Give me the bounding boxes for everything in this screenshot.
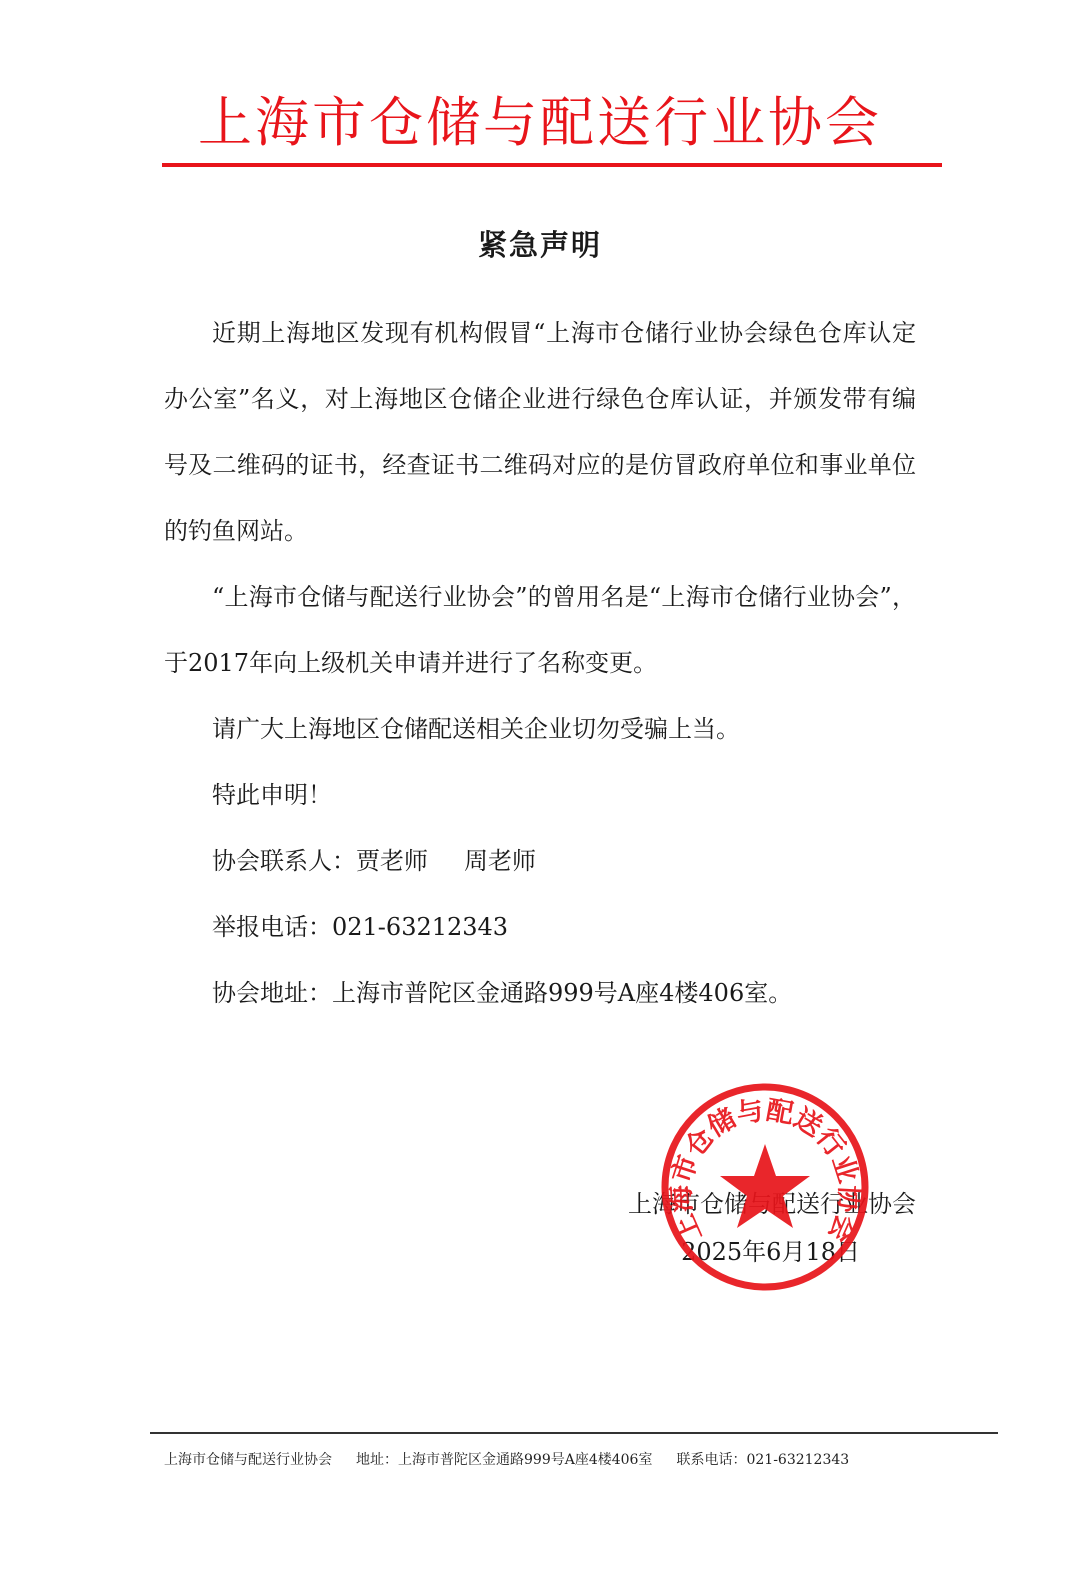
- contact-person-2: 周老师: [464, 847, 536, 875]
- hotline-number: 021-63212343: [332, 913, 508, 941]
- hotline-line: 举报电话：021-63212343: [164, 894, 916, 960]
- footer-org: 上海市仓储与配送行业协会: [164, 1452, 332, 1468]
- footer-phone: 联系电话：021-63212343: [676, 1452, 849, 1468]
- contacts-label: 协会联系人：: [212, 847, 356, 875]
- letterhead-divider: [162, 163, 942, 167]
- footer-divider: [150, 1432, 998, 1434]
- hotline-label: 举报电话：: [212, 913, 332, 941]
- paragraph-2: “上海市仓储与配送行业协会”的曾用名是“上海市仓储行业协会”，于2017年向上级…: [164, 564, 916, 696]
- closing-statement: 特此申明！: [164, 762, 916, 828]
- document-title: 紧急声明: [0, 222, 1080, 268]
- address-value: 上海市普陀区金通路999号A座4楼406室。: [332, 979, 792, 1007]
- star-icon: [720, 1144, 810, 1228]
- contacts-line: 协会联系人：贾老师周老师: [164, 828, 916, 894]
- footer-address: 地址：上海市普陀区金通路999号A座4楼406室: [356, 1452, 652, 1468]
- address-label: 协会地址：: [212, 979, 332, 1007]
- paragraph-1: 近期上海地区发现有机构假冒“上海市仓储行业协会绿色仓库认定办公室”名义，对上海地…: [164, 300, 916, 564]
- contact-person-1: 贾老师: [356, 847, 428, 875]
- address-line: 协会地址：上海市普陀区金通路999号A座4楼406室。: [164, 960, 916, 1026]
- document-body: 近期上海地区发现有机构假冒“上海市仓储行业协会绿色仓库认定办公室”名义，对上海地…: [164, 300, 916, 1026]
- letterhead-title: 上海市仓储与配送行业协会: [0, 88, 1080, 158]
- official-seal: 上海市仓储与配送行业协会: [660, 1082, 870, 1292]
- paragraph-3: 请广大上海地区仓储配送相关企业切勿受骗上当。: [164, 696, 916, 762]
- page-footer: 上海市仓储与配送行业协会地址：上海市普陀区金通路999号A座4楼406室联系电话…: [164, 1448, 1004, 1472]
